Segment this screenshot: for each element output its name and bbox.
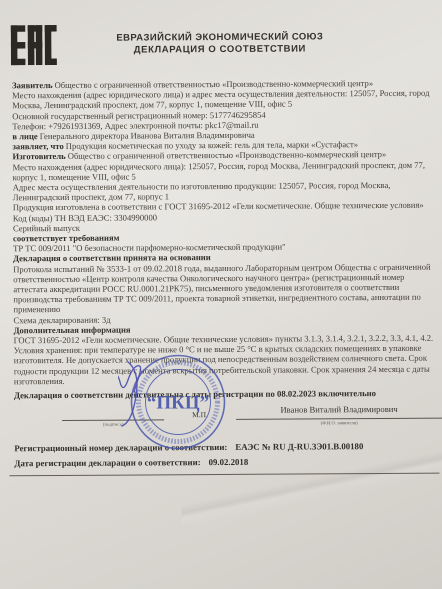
document-title: ДЕКЛАРАЦИЯ О СООТВЕТСТВИИ <box>0 43 441 58</box>
field-text: Адрес места осуществления деятельности п… <box>13 180 391 203</box>
declaration-body: ЗаявительОбщество с ограниченной ответст… <box>12 78 435 387</box>
field-label: Заявитель <box>12 80 53 90</box>
doc-paragraph: ГОСТ 31695-2012 «Гели косметические. Общ… <box>14 333 435 387</box>
declarant-name-caption: (Ф.И.О. заявителя) <box>236 419 442 425</box>
signature-caption: (подпись) <box>62 421 164 427</box>
eac-mark-icon <box>11 25 57 65</box>
stamp-place-label: М.П. <box>192 410 208 419</box>
photographed-declaration-document: ЕВРАЗИЙСКИЙ ЭКОНОМИЧЕСКИЙ СОЮЗ ДЕКЛАРАЦИ… <box>0 0 442 589</box>
field-label: Изготовитель <box>12 151 65 161</box>
field-text: Место нахождения (адрес юридического лиц… <box>12 88 429 111</box>
field-text: Протокола испытаний № 3533-1 от 09.02.20… <box>13 261 430 314</box>
field-text: Код (коды) ТН ВЭД ЕАЭС: 3304990000 <box>13 212 157 223</box>
doc-paragraph: Место нахождения (адрес юридического лиц… <box>12 88 433 111</box>
field-label: в лице <box>12 131 37 141</box>
field-text: ТР ТС 009/2011 "О безопасности парфюмерн… <box>13 242 286 254</box>
registration-number-label: Регистрационный номер декларации о соотв… <box>14 442 227 453</box>
document-header: ЕВРАЗИЙСКИЙ ЭКОНОМИЧЕСКИЙ СОЮЗ ДЕКЛАРАЦИ… <box>0 31 441 58</box>
doc-paragraph: Адрес места осуществления деятельности п… <box>13 180 434 203</box>
signature-row: (подпись) М.П. Иванов Виталий Владимиров… <box>14 400 435 435</box>
doc-paragraph: Место нахождения (адрес юридического лиц… <box>13 159 434 182</box>
registration-number-value: ЕАЭС № RU Д-RU.ЗЭ01.В.00180 <box>235 441 363 452</box>
field-label: соответствует требованиям <box>13 233 119 244</box>
field-text: Место нахождения (адрес юридического лиц… <box>13 159 425 182</box>
document-sheet: ЕВРАЗИЙСКИЙ ЭКОНОМИЧЕСКИЙ СОЮЗ ДЕКЛАРАЦИ… <box>0 0 442 589</box>
bottom-divider <box>9 472 439 476</box>
validity-statement: Декларация о соответствии действительна … <box>14 388 435 401</box>
field-text: Схема декларирования: 3д <box>13 314 110 325</box>
field-text: Серийный выпуск <box>13 223 80 233</box>
field-label: заявляет, что <box>12 141 63 151</box>
field-text: ГОСТ 31695-2012 «Гели косметические. Общ… <box>14 333 434 386</box>
registration-number-line: Регистрационный номер декларации о соотв… <box>14 440 435 453</box>
registration-date-label: Дата регистрации декларации о соответств… <box>14 457 200 468</box>
declarant-name: Иванов Виталий Владимирович <box>236 403 442 414</box>
field-label: Дополнительная информация <box>14 324 131 335</box>
registration-date-value: 09.02.2018 <box>209 456 249 466</box>
doc-paragraph: Протокола испытаний № 3533-1 от 09.02.20… <box>13 261 434 315</box>
registration-date-line: Дата регистрации декларации о соответств… <box>14 455 435 468</box>
